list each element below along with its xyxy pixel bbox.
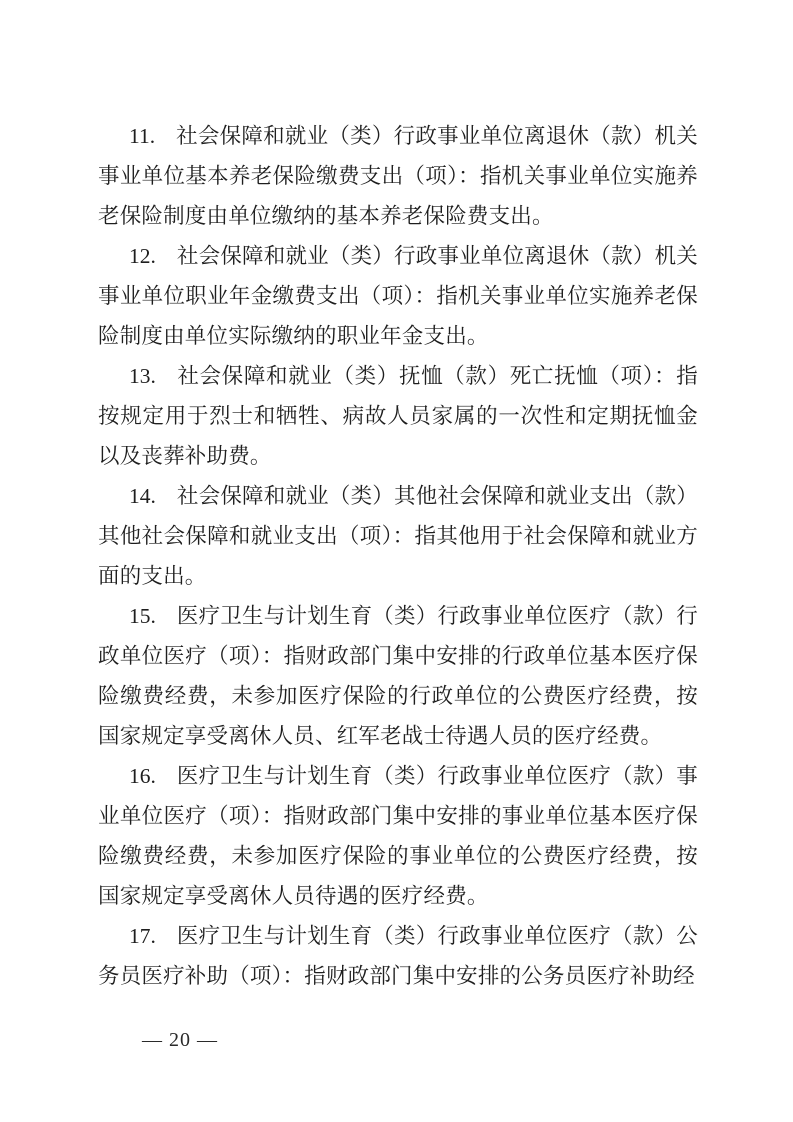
- page-number: — 20 —: [142, 1029, 218, 1051]
- item-number: 12.: [129, 244, 156, 268]
- item-text: 社会保障和就业（类）抚恤（款）死亡抚恤（项）：指按规定用于烈士和牺牲、病故人员家…: [98, 364, 698, 468]
- item-text: 医疗卫生与计划生育（类）行政事业单位医疗（款）公务员医疗补助（项）：指财政部门集…: [98, 924, 698, 988]
- item-number: 13.: [129, 364, 156, 388]
- page-footer: — 20 —: [118, 1001, 218, 1079]
- paragraph-13: 13.社会保障和就业（类）抚恤（款）死亡抚恤（项）：指按规定用于烈士和牺牲、病故…: [98, 356, 698, 476]
- paragraph-11: 11.社会保障和就业（类）行政事业单位离退休（款）机关事业单位基本养老保险缴费支…: [98, 116, 698, 236]
- paragraph-12: 12.社会保障和就业（类）行政事业单位离退休（款）机关事业单位职业年金缴费支出（…: [98, 236, 698, 356]
- item-text: 社会保障和就业（类）行政事业单位离退休（款）机关事业单位基本养老保险缴费支出（项…: [98, 124, 698, 228]
- item-number: 16.: [129, 764, 156, 788]
- item-number: 15.: [129, 604, 156, 628]
- item-number: 14.: [129, 484, 156, 508]
- paragraph-15: 15.医疗卫生与计划生育（类）行政事业单位医疗（款）行政单位医疗（项）：指财政部…: [98, 596, 698, 756]
- page-content: 11.社会保障和就业（类）行政事业单位离退休（款）机关事业单位基本养老保险缴费支…: [98, 116, 698, 996]
- item-text: 社会保障和就业（类）其他社会保障和就业支出（款）其他社会保障和就业支出（项）：指…: [98, 484, 698, 588]
- item-text: 医疗卫生与计划生育（类）行政事业单位医疗（款）事业单位医疗（项）：指财政部门集中…: [98, 764, 698, 908]
- paragraph-17: 17.医疗卫生与计划生育（类）行政事业单位医疗（款）公务员医疗补助（项）：指财政…: [98, 916, 698, 996]
- item-text: 社会保障和就业（类）行政事业单位离退休（款）机关事业单位职业年金缴费支出（项）：…: [98, 244, 698, 348]
- item-text: 医疗卫生与计划生育（类）行政事业单位医疗（款）行政单位医疗（项）：指财政部门集中…: [98, 604, 698, 748]
- paragraph-16: 16.医疗卫生与计划生育（类）行政事业单位医疗（款）事业单位医疗（项）：指财政部…: [98, 756, 698, 916]
- item-number: 11.: [129, 124, 155, 148]
- paragraph-14: 14.社会保障和就业（类）其他社会保障和就业支出（款）其他社会保障和就业支出（项…: [98, 476, 698, 596]
- document-page: 11.社会保障和就业（类）行政事业单位离退休（款）机关事业单位基本养老保险缴费支…: [0, 0, 793, 1122]
- item-number: 17.: [129, 924, 156, 948]
